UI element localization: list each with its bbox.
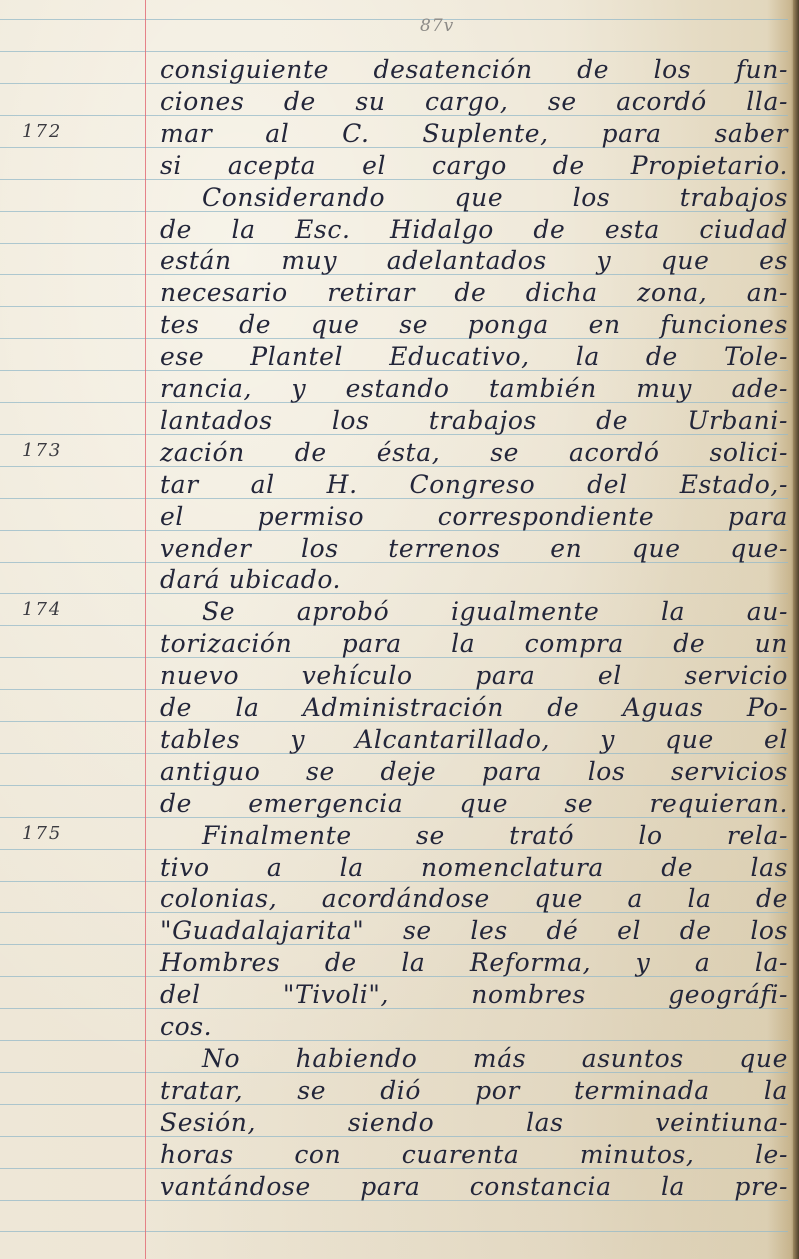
text-line: Considerando que los trabajos <box>160 183 788 213</box>
text-line: del "Tivoli", nombres geográfi- <box>160 980 788 1010</box>
text-line: dará ubicado. <box>160 565 788 595</box>
text-line: antiguo se deje para los servicios <box>160 757 788 787</box>
text-line: tratar, se dió por terminada la <box>160 1076 788 1106</box>
text-line: de emergencia que se requieran. <box>160 789 788 819</box>
rule-line <box>0 1231 788 1232</box>
text-line: vantándose para constancia la pre- <box>160 1172 788 1202</box>
text-line: "Guadalajarita" se les dé el de los <box>160 916 788 946</box>
agreement-number: 172 <box>22 121 62 142</box>
text-line: colonias, acordándose que a la de <box>160 884 788 914</box>
page-edge <box>793 0 799 1259</box>
ledger-page: 87v 172173174175 consiguiente desatenció… <box>0 0 799 1259</box>
text-line: de la Administración de Aguas Po- <box>160 693 788 723</box>
text-line: ese Plantel Educativo, la de Tole- <box>160 342 788 372</box>
text-line: tes de que se ponga en funciones <box>160 310 788 340</box>
rule-line <box>0 19 788 20</box>
text-line: zación de ésta, se acordó solici- <box>160 438 788 468</box>
text-line: horas con cuarenta minutos, le- <box>160 1140 788 1170</box>
text-line: Se aprobó igualmente la au- <box>160 597 788 627</box>
folio-number: 87v <box>420 16 454 36</box>
text-line: necesario retirar de dicha zona, an- <box>160 278 788 308</box>
text-line: cos. <box>160 1012 788 1042</box>
text-line: rancia, y estando también muy ade- <box>160 374 788 404</box>
text-line: tables y Alcantarillado, y que el <box>160 725 788 755</box>
agreement-number: 174 <box>22 599 62 620</box>
text-line: Finalmente se trató lo rela- <box>160 821 788 851</box>
text-line: torización para la compra de un <box>160 629 788 659</box>
rule-line <box>0 51 788 52</box>
text-line: consiguiente desatención de los fun- <box>160 55 788 85</box>
text-line: ciones de su cargo, se acordó lla- <box>160 87 788 117</box>
text-line: tar al H. Congreso del Estado,- <box>160 470 788 500</box>
text-line: de la Esc. Hidalgo de esta ciudad <box>160 215 788 245</box>
text-line: nuevo vehículo para el servicio <box>160 661 788 691</box>
text-line: lantados los trabajos de Urbani- <box>160 406 788 436</box>
text-line: Hombres de la Reforma, y a la- <box>160 948 788 978</box>
text-line: Sesión, siendo las veintiuna- <box>160 1108 788 1138</box>
text-line: si acepta el cargo de Propietario. <box>160 151 788 181</box>
agreement-number: 173 <box>22 440 62 461</box>
text-line: No habiendo más asuntos que <box>160 1044 788 1074</box>
text-line: el permiso correspondiente para <box>160 502 788 532</box>
text-line: están muy adelantados y que es <box>160 246 788 276</box>
text-line: tivo a la nomenclatura de las <box>160 853 788 883</box>
agreement-number: 175 <box>22 823 62 844</box>
text-line: mar al C. Suplente, para saber <box>160 119 788 149</box>
red-margin-line <box>145 0 146 1259</box>
text-line: vender los terrenos en que que- <box>160 534 788 564</box>
